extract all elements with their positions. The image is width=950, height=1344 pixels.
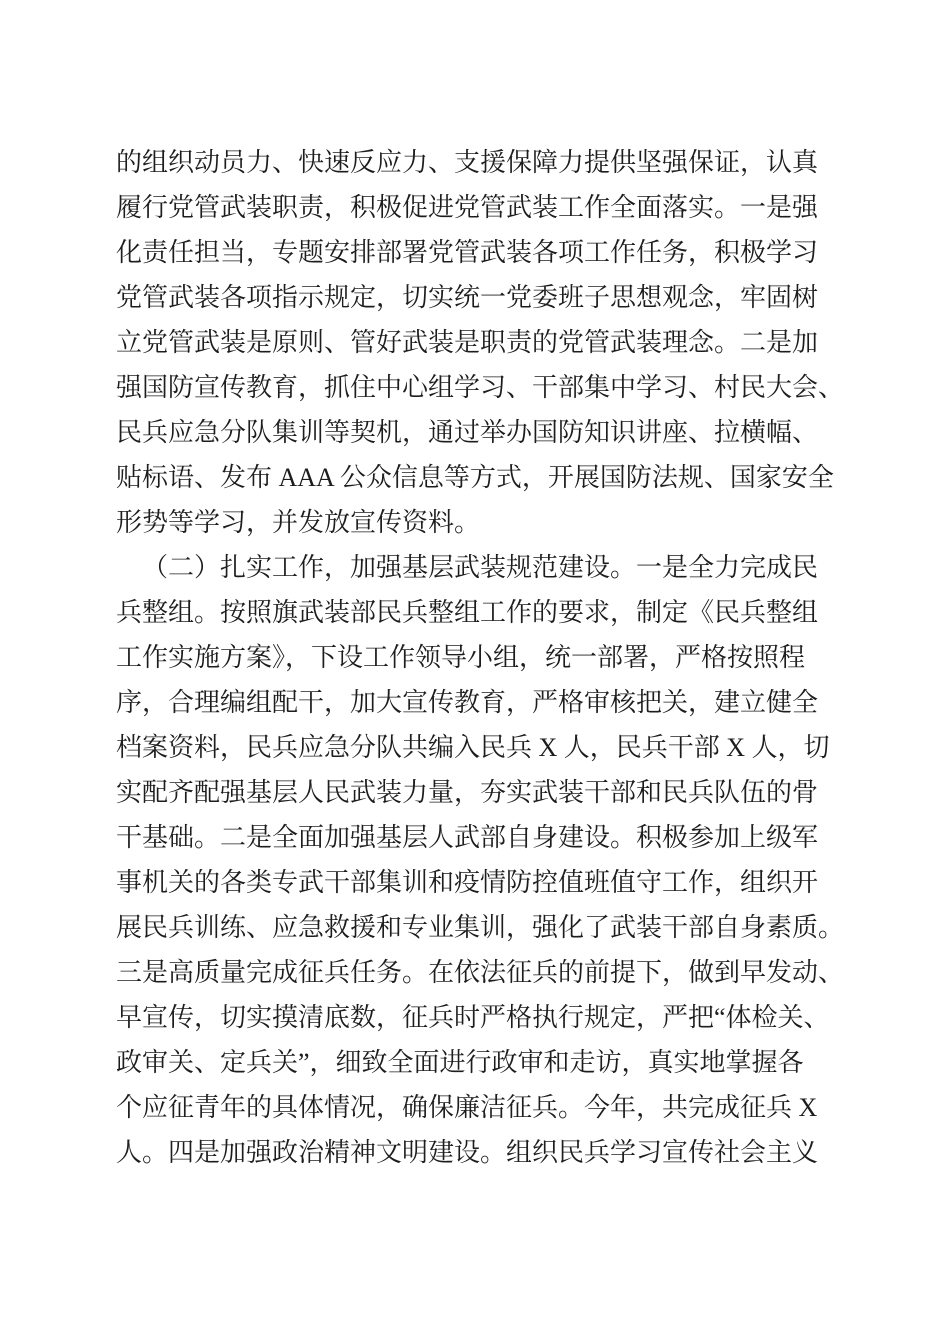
text-line: 形势等学习，并发放宣传资料。 — [116, 500, 828, 545]
document-body: 的组织动员力、快速反应力、支援保障力提供坚强保证，认真履行党管武装职责，积极促进… — [116, 140, 828, 1175]
text-line: 人。四是加强政治精神文明建设。组织民兵学习宣传社会主义 — [116, 1130, 828, 1175]
text-line: 履行党管武装职责，积极促进党管武装工作全面落实。一是强 — [116, 185, 828, 230]
text-line: 贴标语、发布 AAA 公众信息等方式，开展国防法规、国家安全 — [116, 455, 828, 500]
text-line: 展民兵训练、应急救援和专业集训，强化了武装干部自身素质。 — [116, 905, 828, 950]
text-line: 的组织动员力、快速反应力、支援保障力提供坚强保证，认真 — [116, 140, 828, 185]
text-line: 早宣传，切实摸清底数，征兵时严格执行规定，严把“体检关、 — [116, 995, 828, 1040]
text-line: 工作实施方案》，下设工作领导小组，统一部署，严格按照程 — [116, 635, 828, 680]
paragraph-continuation: 的组织动员力、快速反应力、支援保障力提供坚强保证，认真履行党管武装职责，积极促进… — [116, 140, 828, 545]
paragraph-section-two: （二）扎实工作，加强基层武装规范建设。一是全力完成民兵整组。按照旗武装部民兵整组… — [116, 545, 828, 1175]
text-line: （二）扎实工作，加强基层武装规范建设。一是全力完成民 — [116, 545, 828, 590]
text-line: 序，合理编组配干，加大宣传教育，严格审核把关，建立健全 — [116, 680, 828, 725]
text-line: 强国防宣传教育，抓住中心组学习、干部集中学习、村民大会、 — [116, 365, 828, 410]
document-page: 的组织动员力、快速反应力、支援保障力提供坚强保证，认真履行党管武装职责，积极促进… — [0, 0, 950, 1344]
text-line: 立党管武装是原则、管好武装是职责的党管武装理念。二是加 — [116, 320, 828, 365]
text-line: 事机关的各类专武干部集训和疫情防控值班值守工作，组织开 — [116, 860, 828, 905]
text-line: 干基础。二是全面加强基层人武部自身建设。积极参加上级军 — [116, 815, 828, 860]
text-line: 政审关、定兵关”，细致全面进行政审和走访，真实地掌握各 — [116, 1040, 828, 1085]
text-line: 党管武装各项指示规定，切实统一党委班子思想观念，牢固树 — [116, 275, 828, 320]
text-line: 档案资料，民兵应急分队共编入民兵 X 人，民兵干部 X 人，切 — [116, 725, 828, 770]
text-line: 化责任担当，专题安排部署党管武装各项工作任务，积极学习 — [116, 230, 828, 275]
text-line: 兵整组。按照旗武装部民兵整组工作的要求，制定《民兵整组 — [116, 590, 828, 635]
text-line: 三是高质量完成征兵任务。在依法征兵的前提下，做到早发动、 — [116, 950, 828, 995]
text-line: 个应征青年的具体情况，确保廉洁征兵。今年，共完成征兵 X — [116, 1085, 828, 1130]
text-line: 实配齐配强基层人民武装力量，夯实武装干部和民兵队伍的骨 — [116, 770, 828, 815]
text-line: 民兵应急分队集训等契机，通过举办国防知识讲座、拉横幅、 — [116, 410, 828, 455]
